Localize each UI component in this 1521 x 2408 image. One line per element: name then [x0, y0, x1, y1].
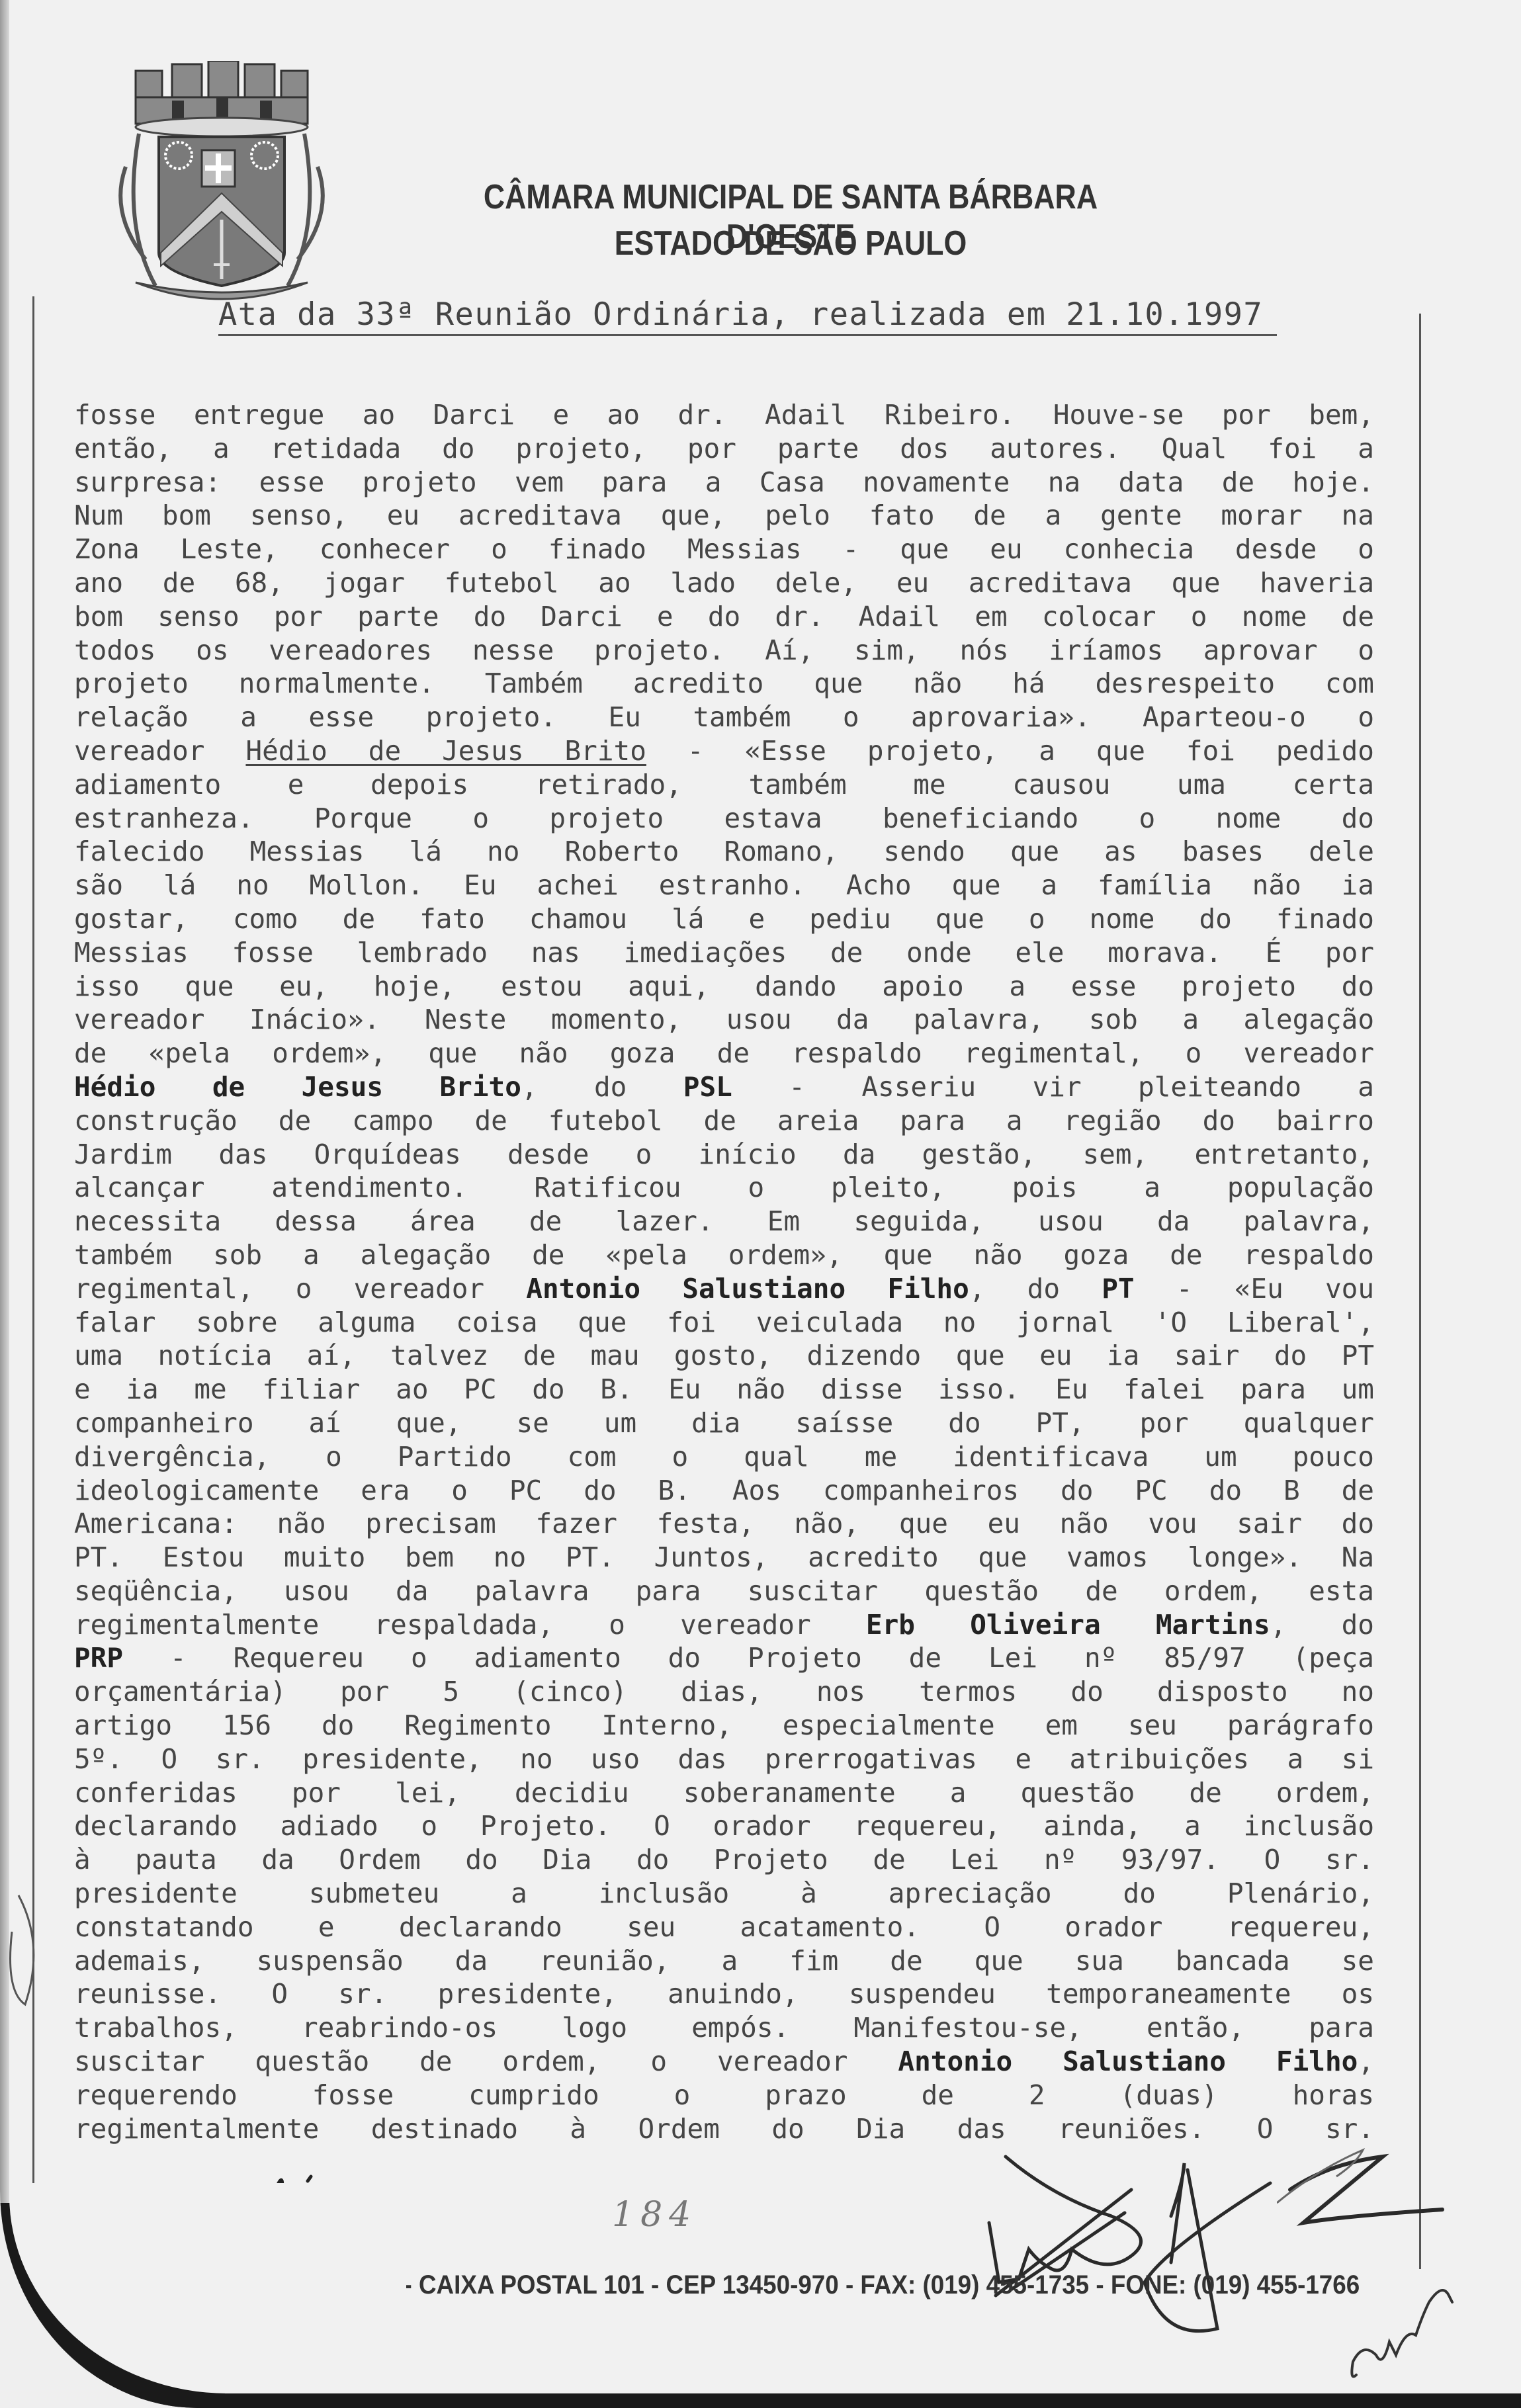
text-segment: ademais, suspensão da reunião, a fim de …	[74, 1945, 1374, 1977]
text-line: declarando adiado o Projeto. O orador re…	[74, 1809, 1374, 1843]
text-segment: adiamento e depois retirado, também me c…	[74, 769, 1374, 800]
text-segment: todos os vereadores nesse projeto. Aí, s…	[74, 634, 1374, 666]
text-line: surpresa: esse projeto vem para a Casa n…	[74, 466, 1374, 499]
text-segment: falecido Messias lá no Roberto Romano, s…	[74, 836, 1374, 867]
text-segment: necessita dessa área de lazer. Em seguid…	[74, 1205, 1374, 1237]
text-segment: relação a esse projeto. Eu também o apro…	[74, 701, 1374, 733]
signature-right-icon	[1277, 2143, 1449, 2243]
text-segment: seqüência, usou da palavra para suscitar…	[74, 1575, 1374, 1607]
text-line: à pauta da Ordem do Dia do Projeto de Le…	[74, 1843, 1374, 1877]
text-segment: isso que eu, hoje, estou aqui, dando apo…	[74, 970, 1374, 1002]
text-line: isso que eu, hoje, estou aqui, dando apo…	[74, 970, 1374, 1004]
text-segment: reunisse. O sr. presidente, anuindo, sus…	[74, 1978, 1374, 2010]
text-line: de «pela ordem», que não goza de respald…	[74, 1037, 1374, 1070]
text-segment: uma notícia aí, talvez de mau gosto, diz…	[74, 1340, 1374, 1371]
text-line: ideologicamente era o PC do B. Aos compa…	[74, 1474, 1374, 1508]
text-line: Jardim das Orquídeas desde o início da g…	[74, 1138, 1374, 1172]
text-segment: bom senso por parte do Darci e do dr. Ad…	[74, 601, 1374, 632]
text-segment: estranheza. Porque o projeto estava bene…	[74, 802, 1374, 834]
text-segment: surpresa: esse projeto vem para a Casa n…	[74, 466, 1374, 498]
text-line: Num bom senso, eu acreditava que, pelo f…	[74, 499, 1374, 533]
bold-name: Antonio Salustiano Filho	[898, 2045, 1358, 2077]
text-line: vereador Inácio». Neste momento, usou da…	[74, 1003, 1374, 1037]
text-segment: - «Eu vou	[1135, 1273, 1374, 1305]
text-line: gostar, como de fato chamou lá e pediu q…	[74, 902, 1374, 936]
text-segment: regimentalmente respaldada, o vereador	[74, 1609, 866, 1641]
text-segment: - Requereu o adiamento do Projeto de Lei…	[123, 1642, 1374, 1674]
text-segment: constatando e declarando seu acatamento.…	[74, 1911, 1374, 1943]
text-segment: presidente submeteu a inclusão à aprecia…	[74, 1877, 1374, 1909]
text-segment: Messias fosse lembrado nas imediações de…	[74, 937, 1374, 968]
text-segment: ideologicamente era o PC do B. Aos compa…	[74, 1475, 1374, 1506]
text-line: adiamento e depois retirado, também me c…	[74, 768, 1374, 802]
text-line: requerendo fosse cumprido o prazo de 2 (…	[74, 2079, 1374, 2112]
bold-name: PRP	[74, 1642, 123, 1674]
text-segment: gostar, como de fato chamou lá e pediu q…	[74, 903, 1374, 935]
bold-name: PSL	[683, 1071, 732, 1103]
text-line: Zona Leste, conhecer o finado Messias - …	[74, 533, 1374, 566]
text-line: regimentalmente destinado à Ordem do Dia…	[74, 2112, 1374, 2146]
text-line: uma notícia aí, talvez de mau gosto, diz…	[74, 1339, 1374, 1373]
text-segment: 5º. O sr. presidente, no uso das prerrog…	[74, 1743, 1374, 1775]
text-segment: e ia me filiar ao PC do B. Eu não disse …	[74, 1373, 1374, 1405]
text-segment: Zona Leste, conhecer o finado Messias - …	[74, 533, 1374, 565]
text-line: trabalhos, reabrindo-os logo empós. Mani…	[74, 2011, 1374, 2045]
text-segment: construção de campo de futebol de areia …	[74, 1105, 1374, 1137]
text-line: constatando e declarando seu acatamento.…	[74, 1911, 1374, 1944]
text-segment: falar sobre alguma coisa que foi veicula…	[74, 1307, 1374, 1338]
text-segment: , do	[521, 1071, 683, 1103]
text-segment: também sob a alegação de «pela ordem», q…	[74, 1239, 1374, 1271]
text-line: fosse entregue ao Darci e ao dr. Adail R…	[74, 398, 1374, 432]
text-segment: Num bom senso, eu acreditava que, pelo f…	[74, 499, 1374, 531]
text-segment: regimentalmente destinado à Ordem do Dia…	[74, 2113, 1374, 2145]
text-segment: então, a retidada do projeto, por parte …	[74, 433, 1374, 464]
text-segment: ano de 68, jogar futebol ao lado dele, e…	[74, 567, 1374, 599]
text-segment: vereador	[74, 735, 245, 767]
text-segment: regimental, o vereador	[74, 1273, 526, 1305]
text-line: orçamentária) por 5 (cinco) dias, nos te…	[74, 1675, 1374, 1709]
text-segment: - Asseriu vir pleiteando a	[732, 1071, 1374, 1103]
text-segment: companheiro aí que, se um dia saísse do …	[74, 1407, 1374, 1439]
text-line: necessita dessa área de lazer. Em seguid…	[74, 1205, 1374, 1238]
text-line: PRP - Requereu o adiamento do Projeto de…	[74, 1641, 1374, 1675]
text-line: falecido Messias lá no Roberto Romano, s…	[74, 835, 1374, 869]
text-line: então, a retidada do projeto, por parte …	[74, 432, 1374, 466]
text-line: reunisse. O sr. presidente, anuindo, sus…	[74, 1977, 1374, 2011]
text-line: seqüência, usou da palavra para suscitar…	[74, 1574, 1374, 1608]
text-line: alcançar atendimento. Ratificou o pleito…	[74, 1171, 1374, 1205]
text-line: divergência, o Partido com o qual me ide…	[74, 1440, 1374, 1474]
text-line: Americana: não precisam fazer festa, não…	[74, 1507, 1374, 1541]
text-line: companheiro aí que, se um dia saísse do …	[74, 1406, 1374, 1440]
text-segment: vereador Inácio». Neste momento, usou da…	[74, 1004, 1374, 1035]
text-segment: Jardim das Orquídeas desde o início da g…	[74, 1139, 1374, 1170]
text-segment: ,	[1358, 2045, 1374, 2077]
text-line: artigo 156 do Regimento Interno, especia…	[74, 1709, 1374, 1742]
text-line: todos os vereadores nesse projeto. Aí, s…	[74, 634, 1374, 667]
bold-name: PT	[1102, 1273, 1134, 1305]
text-segment: Americana: não precisam fazer festa, não…	[74, 1508, 1374, 1539]
text-segment: de «pela ordem», que não goza de respald…	[74, 1037, 1374, 1069]
state-name: ESTADO DE SÃO PAULO	[429, 224, 1152, 263]
text-segment: declarando adiado o Projeto. O orador re…	[74, 1810, 1374, 1842]
text-segment: artigo 156 do Regimento Interno, especia…	[74, 1709, 1374, 1741]
text-segment: trabalhos, reabrindo-os logo empós. Mani…	[74, 2012, 1374, 2043]
bold-name: Erb Oliveira Martins	[866, 1609, 1270, 1641]
text-segment: orçamentária) por 5 (cinco) dias, nos te…	[74, 1676, 1374, 1707]
text-line: projeto normalmente. Também acredito que…	[74, 667, 1374, 701]
text-segment: fosse entregue ao Darci e ao dr. Adail R…	[74, 399, 1374, 431]
text-segment: requerendo fosse cumprido o prazo de 2 (…	[74, 2079, 1374, 2111]
text-line: PT. Estou muito bem no PT. Juntos, acred…	[74, 1541, 1374, 1574]
text-line: conferidas por lei, decidiu soberanament…	[74, 1776, 1374, 1810]
text-line: ano de 68, jogar futebol ao lado dele, e…	[74, 566, 1374, 600]
text-segment: PT. Estou muito bem no PT. Juntos, acred…	[74, 1541, 1374, 1573]
text-line: e ia me filiar ao PC do B. Eu não disse …	[74, 1373, 1374, 1406]
text-segment: projeto normalmente. Também acredito que…	[74, 667, 1374, 699]
margin-mark-icon	[5, 1892, 45, 2011]
text-line: construção de campo de futebol de areia …	[74, 1104, 1374, 1138]
text-segment: divergência, o Partido com o qual me ide…	[74, 1441, 1374, 1473]
text-segment: à pauta da Ordem do Dia do Projeto de Le…	[74, 1844, 1374, 1875]
text-line: são lá no Mollon. Eu achei estranho. Ach…	[74, 869, 1374, 902]
text-line: regimentalmente respaldada, o vereador E…	[74, 1608, 1374, 1642]
text-line: suscitar questão de ordem, o vereador An…	[74, 2045, 1374, 2079]
bold-name: Hédio de Jesus Brito	[74, 1071, 521, 1103]
text-line: Messias fosse lembrado nas imediações de…	[74, 936, 1374, 970]
text-segment: conferidas por lei, decidiu soberanament…	[74, 1777, 1374, 1809]
minutes-body: fosse entregue ao Darci e ao dr. Adail R…	[74, 398, 1374, 2145]
text-line: presidente submeteu a inclusão à aprecia…	[74, 1877, 1374, 1911]
text-line: ademais, suspensão da reunião, a fim de …	[74, 1944, 1374, 1978]
text-line: regimental, o vereador Antonio Salustian…	[74, 1272, 1374, 1306]
text-line: falar sobre alguma coisa que foi veicula…	[74, 1306, 1374, 1340]
text-line: Hédio de Jesus Brito, do PSL - Asseriu v…	[74, 1070, 1374, 1104]
right-margin-rule	[1419, 314, 1421, 2269]
document-page: CÂMARA MUNICIPAL DE SANTA BÁRBARA D'OEST…	[0, 0, 1521, 2408]
bold-name: Antonio Salustiano Filho	[526, 1273, 969, 1305]
signature-center-icon	[953, 2150, 1283, 2348]
scan-edge	[0, 0, 9, 2408]
text-segment: , do	[1270, 1609, 1374, 1641]
scan-shadow-bottom	[0, 2393, 1521, 2408]
minutes-title: Ata da 33ª Reunião Ordinária, realizada …	[218, 296, 1277, 336]
text-line: também sob a alegação de «pela ordem», q…	[74, 1238, 1374, 1272]
text-line: vereador Hédio de Jesus Brito - «Esse pr…	[74, 734, 1374, 768]
underlined-name: Hédio de Jesus Brito	[245, 735, 646, 767]
text-segment: - «Esse projeto, a que foi pedido	[646, 735, 1374, 767]
text-segment: são lá no Mollon. Eu achei estranho. Ach…	[74, 869, 1374, 901]
text-line: 5º. O sr. presidente, no uso das prerrog…	[74, 1742, 1374, 1776]
handwritten-page-number: 184	[612, 2195, 697, 2235]
text-line: estranheza. Porque o projeto estava bene…	[74, 802, 1374, 836]
coat-of-arms-icon	[109, 61, 334, 306]
text-segment: suscitar questão de ordem, o vereador	[74, 2045, 898, 2077]
text-line: bom senso por parte do Darci e do dr. Ad…	[74, 600, 1374, 634]
text-segment: alcançar atendimento. Ratificou o pleito…	[74, 1172, 1374, 1203]
text-line: relação a esse projeto. Eu também o apro…	[74, 701, 1374, 734]
text-segment: , do	[969, 1273, 1102, 1305]
